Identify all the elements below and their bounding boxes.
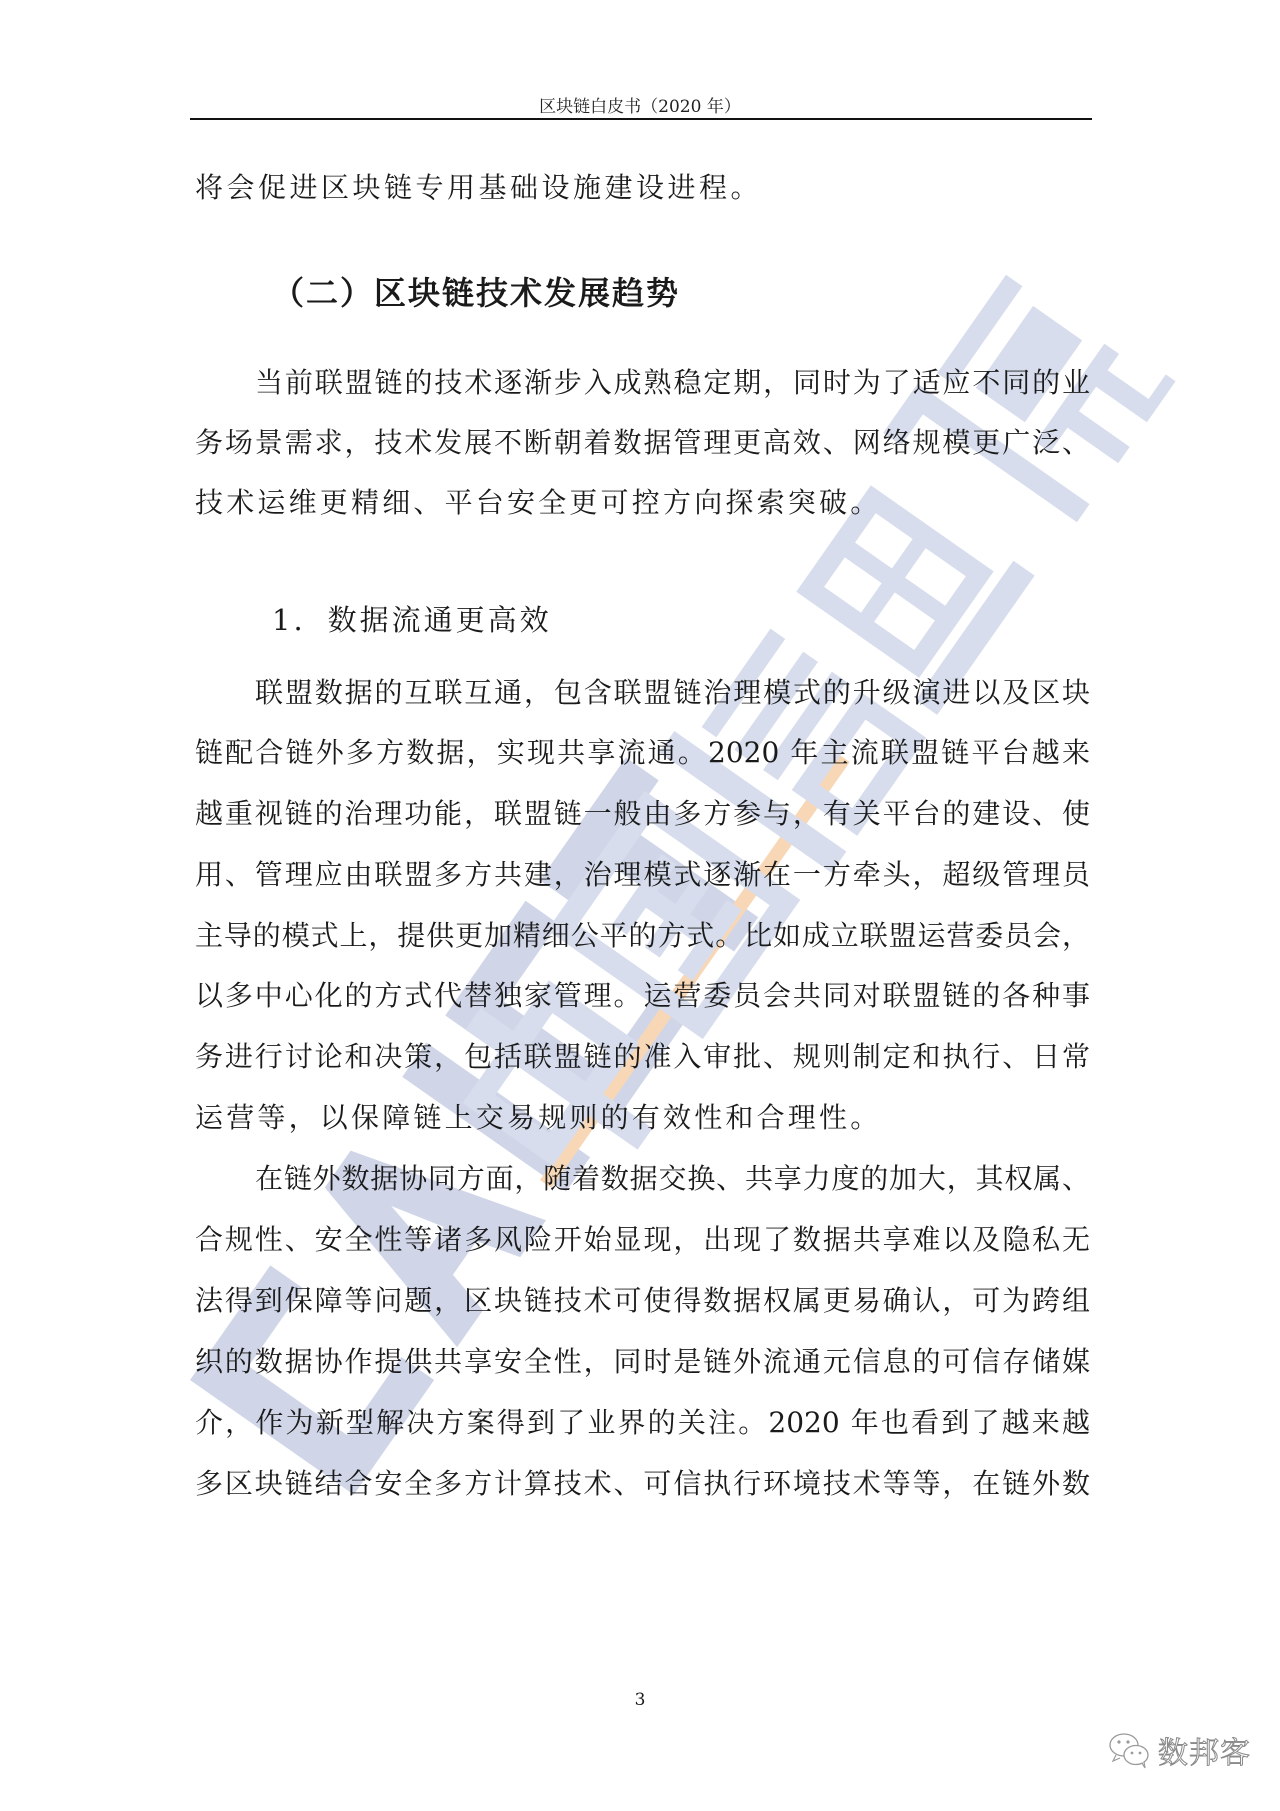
paragraph-line: 链配合链外多方数据，实现共享流通。2020 年主流联盟链平台越来 [195,735,1090,771]
paragraph-line: 在链外数据协同方面，随着数据交换、共享力度的加大，其权属、 [255,1161,1090,1197]
paragraph-line: 主导的模式上，提供更加精细公平的方式。比如成立联盟运营委员会， [195,918,1090,954]
paragraph-line: 技术运维更精细、平台安全更可控方向探索突破。 [195,485,1090,521]
subsection-heading: 1.数据流通更高效 [272,598,552,639]
running-header: 区块链白皮书（2020 年） [190,92,1090,117]
paragraph-line: 多区块链结合安全多方计算技术、可信执行环境技术等等，在链外数 [195,1466,1090,1502]
paragraph-line: 联盟数据的互联互通，包含联盟链治理模式的升级演进以及区块 [255,675,1090,711]
paragraph-line: 务场景需求，技术发展不断朝着数据管理更高效、网络规模更广泛、 [195,425,1090,461]
paragraph-line: 合规性、安全性等诸多风险开始显现，出现了数据共享难以及隐私无 [195,1222,1090,1258]
paragraph-line: 运营等，以保障链上交易规则的有效性和合理性。 [195,1100,1090,1136]
continuation-text: 将会促进区块链专用基础设施建设进程。 [195,170,1090,206]
wechat-icon [1108,1730,1152,1770]
paragraph-line: 越重视链的治理功能，联盟链一般由多方参与，有关平台的建设、使 [195,796,1090,832]
paragraph-line: 务进行讨论和决策，包括联盟链的准入审批、规则制定和执行、日常 [195,1039,1090,1075]
paragraph-line: 织的数据协作提供共享安全性，同时是链外流通元信息的可信存储媒 [195,1344,1090,1380]
brand-watermark: 数邦客 [1108,1728,1251,1772]
paragraph-line: 法得到保障等问题，区块链技术可使得数据权属更易确认，可为跨组 [195,1283,1090,1319]
subsection-title: 数据流通更高效 [328,603,552,637]
header-divider [190,118,1092,120]
paragraph-line: 当前联盟链的技术逐渐步入成熟稳定期，同时为了适应不同的业 [255,365,1090,401]
paragraph-line: 以多中心化的方式代替独家管理。运营委员会共同对联盟链的各种事 [195,978,1090,1014]
brand-label: 数邦客 [1158,1728,1251,1772]
section-heading: （二）区块链技术发展趋势 [272,268,680,314]
document-page: 区块链白皮书（2020 年） 将会促进区块链专用基础设施建设进程。 （二）区块链… [0,0,1280,1811]
paragraph-line: 用、管理应由联盟多方共建，治理模式逐渐在一方牵头，超级管理员 [195,857,1090,893]
page-number: 3 [0,1690,1280,1710]
subsection-number: 1. [272,603,306,637]
paragraph-line: 介，作为新型解决方案得到了业界的关注。2020 年也看到了越来越 [195,1405,1090,1441]
